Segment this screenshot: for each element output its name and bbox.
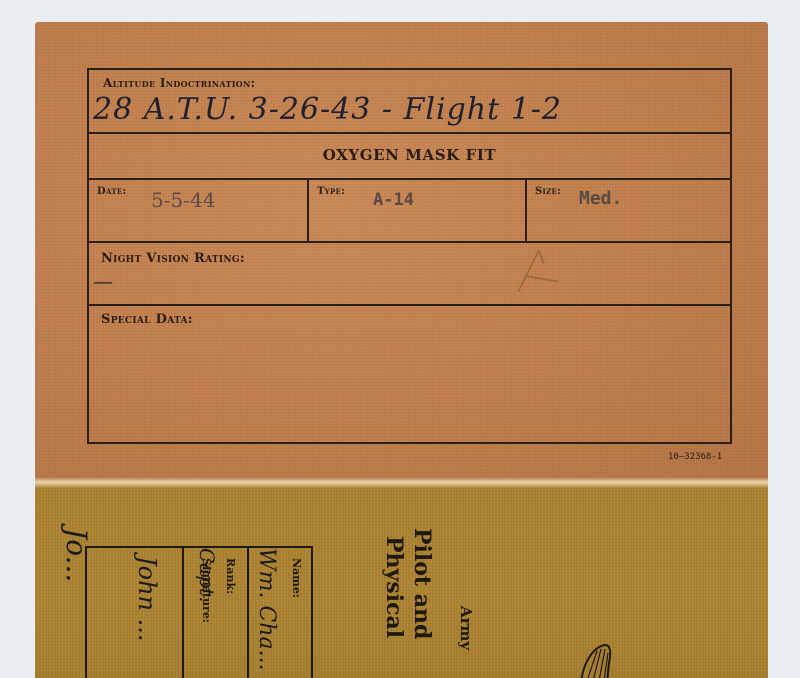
form-number: 10—32368-1	[668, 452, 722, 462]
margin-signature: Jo...	[60, 528, 93, 582]
bottom-panel-cover: Army Pilot and Physical Name: Wm. Cha...…	[35, 488, 768, 678]
cover-title-army: Army	[457, 606, 475, 650]
date-label: Date:	[97, 186, 126, 197]
type-cell: Type: A-14	[309, 180, 527, 241]
box-divider	[182, 548, 184, 678]
form-box: Altitude Indoctrination: 28 A.T.U. 3-26-…	[87, 68, 732, 444]
oxygen-mask-fit-header-row: OXYGEN MASK FIT	[89, 134, 730, 180]
altitude-indoctrination-label: Altitude Indoctrination:	[103, 76, 255, 90]
mask-fit-details-row: Date: 5-5-44 Type: A-14 Size: Med.	[89, 180, 730, 243]
night-vision-pencil-mark-icon	[509, 247, 579, 297]
id-card: Altitude Indoctrination: 28 A.T.U. 3-26-…	[35, 22, 768, 678]
type-label: Type:	[317, 186, 345, 197]
type-value: A-14	[373, 190, 414, 210]
night-vision-dash: —	[93, 269, 113, 293]
size-value: Med.	[579, 188, 622, 209]
oxygen-mask-fit-title: OXYGEN MASK FIT	[89, 146, 730, 164]
altitude-indoctrination-value: 28 A.T.U. 3-26-43 - Flight 1-2	[93, 92, 562, 127]
night-vision-row: Night Vision Rating: —	[89, 243, 730, 306]
date-value: 5-5-44	[151, 188, 215, 212]
signature-value: John ...	[133, 556, 161, 642]
card-fold-line	[35, 478, 768, 488]
special-data-row: Special Data:	[89, 306, 730, 442]
signature-label: Signature:	[200, 558, 213, 623]
size-cell: Size: Med.	[527, 180, 730, 241]
size-label: Size:	[535, 186, 561, 197]
cover-title-pilot-and: Pilot and	[409, 528, 435, 639]
date-cell: Date: 5-5-44	[89, 180, 309, 241]
rank-label: Rank:	[224, 558, 237, 594]
night-vision-label: Night Vision Rating:	[101, 251, 245, 266]
altitude-indoctrination-row: Altitude Indoctrination: 28 A.T.U. 3-26-…	[89, 70, 730, 134]
name-label: Name:	[290, 558, 303, 598]
top-panel-oxygen-record: Altitude Indoctrination: 28 A.T.U. 3-26-…	[35, 22, 768, 482]
special-data-label: Special Data:	[101, 312, 193, 327]
name-value: Wm. Cha...	[254, 548, 279, 671]
wing-emblem-icon	[573, 643, 623, 678]
cover-title-physical: Physical	[381, 536, 407, 638]
box-divider	[247, 548, 249, 678]
